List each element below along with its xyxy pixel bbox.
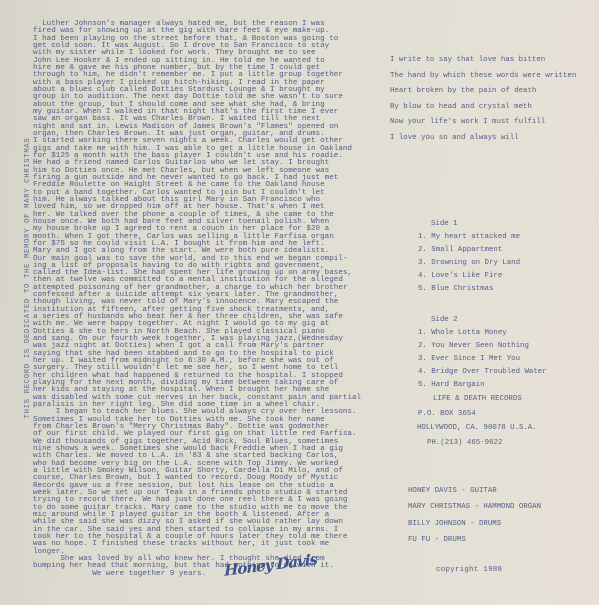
credit-line: BILLY JOHNSON - DRUMS xyxy=(408,520,541,536)
poem-line: I write to say that love has bitten xyxy=(390,56,576,72)
credit-line: HONEY DAVIS - GUITAR xyxy=(408,487,541,503)
credit-line: FU FU - DRUMS xyxy=(408,536,541,552)
track-item: 4. Bridge Over Troubled Water xyxy=(418,368,547,381)
label-name: LIFE & DEATH RECORDS xyxy=(433,395,537,410)
track-item: 1. My heart attacked me xyxy=(418,233,520,246)
poem-line: Heart broken by the pain of death xyxy=(390,87,576,103)
label-po-box: P.O. BOX 3654 xyxy=(418,410,537,425)
track-item: 3. Ever Since I Met You xyxy=(418,355,547,368)
poem-line: The hand by which these words were writt… xyxy=(390,72,576,88)
side1-tracklist: Side 1 1. My heart attacked me 2. Small … xyxy=(418,220,520,298)
dedication-text: THIS RECORD IS DEDICATED TO THE MEMORY O… xyxy=(24,138,32,419)
poem-line: Now your life's work I must fulfill xyxy=(390,118,576,134)
record-label-info: LIFE & DEATH RECORDS P.O. BOX 3654 HOLLY… xyxy=(417,395,537,453)
track-item: 2. Small Appartment xyxy=(418,246,520,259)
side2-title: Side 2 xyxy=(431,316,547,329)
track-item: 1. Whole Lotta Money xyxy=(418,329,547,342)
track-item: 4. Love's Like Fire xyxy=(418,272,520,285)
paper-edge xyxy=(593,0,599,605)
poem: I write to say that love has bitten The … xyxy=(390,56,576,150)
side2-tracklist: Side 2 1. Whole Lotta Money 2. You Never… xyxy=(418,316,547,394)
side1-title: Side 1 xyxy=(431,220,520,233)
label-city: HOLLYWOOD, CA. 90078 U.S.A. xyxy=(417,424,537,439)
track-item: 5. Blue Christmas xyxy=(418,285,520,298)
poem-line: By blow to head and crystal meth xyxy=(390,103,576,119)
liner-notes-story: Luther Johnson's manager always hated me… xyxy=(33,21,361,578)
track-item: 3. Drowning on Dry Land xyxy=(418,259,520,272)
record-sleeve-back: THIS RECORD IS DEDICATED TO THE MEMORY O… xyxy=(0,0,599,605)
poem-line: I love you so and always will xyxy=(390,134,576,150)
track-item: 5. Hard Bargain xyxy=(418,381,547,394)
credits: HONEY DAVIS - GUITAR MARY CHRISTMAS - HA… xyxy=(408,487,541,552)
track-item: 2. You Never Seen Nothing xyxy=(418,342,547,355)
label-phone: PH.(213) 465-9622 xyxy=(427,439,537,454)
copyright: copyright 1988 xyxy=(436,566,502,574)
credit-line: MARY CHRISTMAS - HAMMOND ORGAN xyxy=(408,503,541,519)
